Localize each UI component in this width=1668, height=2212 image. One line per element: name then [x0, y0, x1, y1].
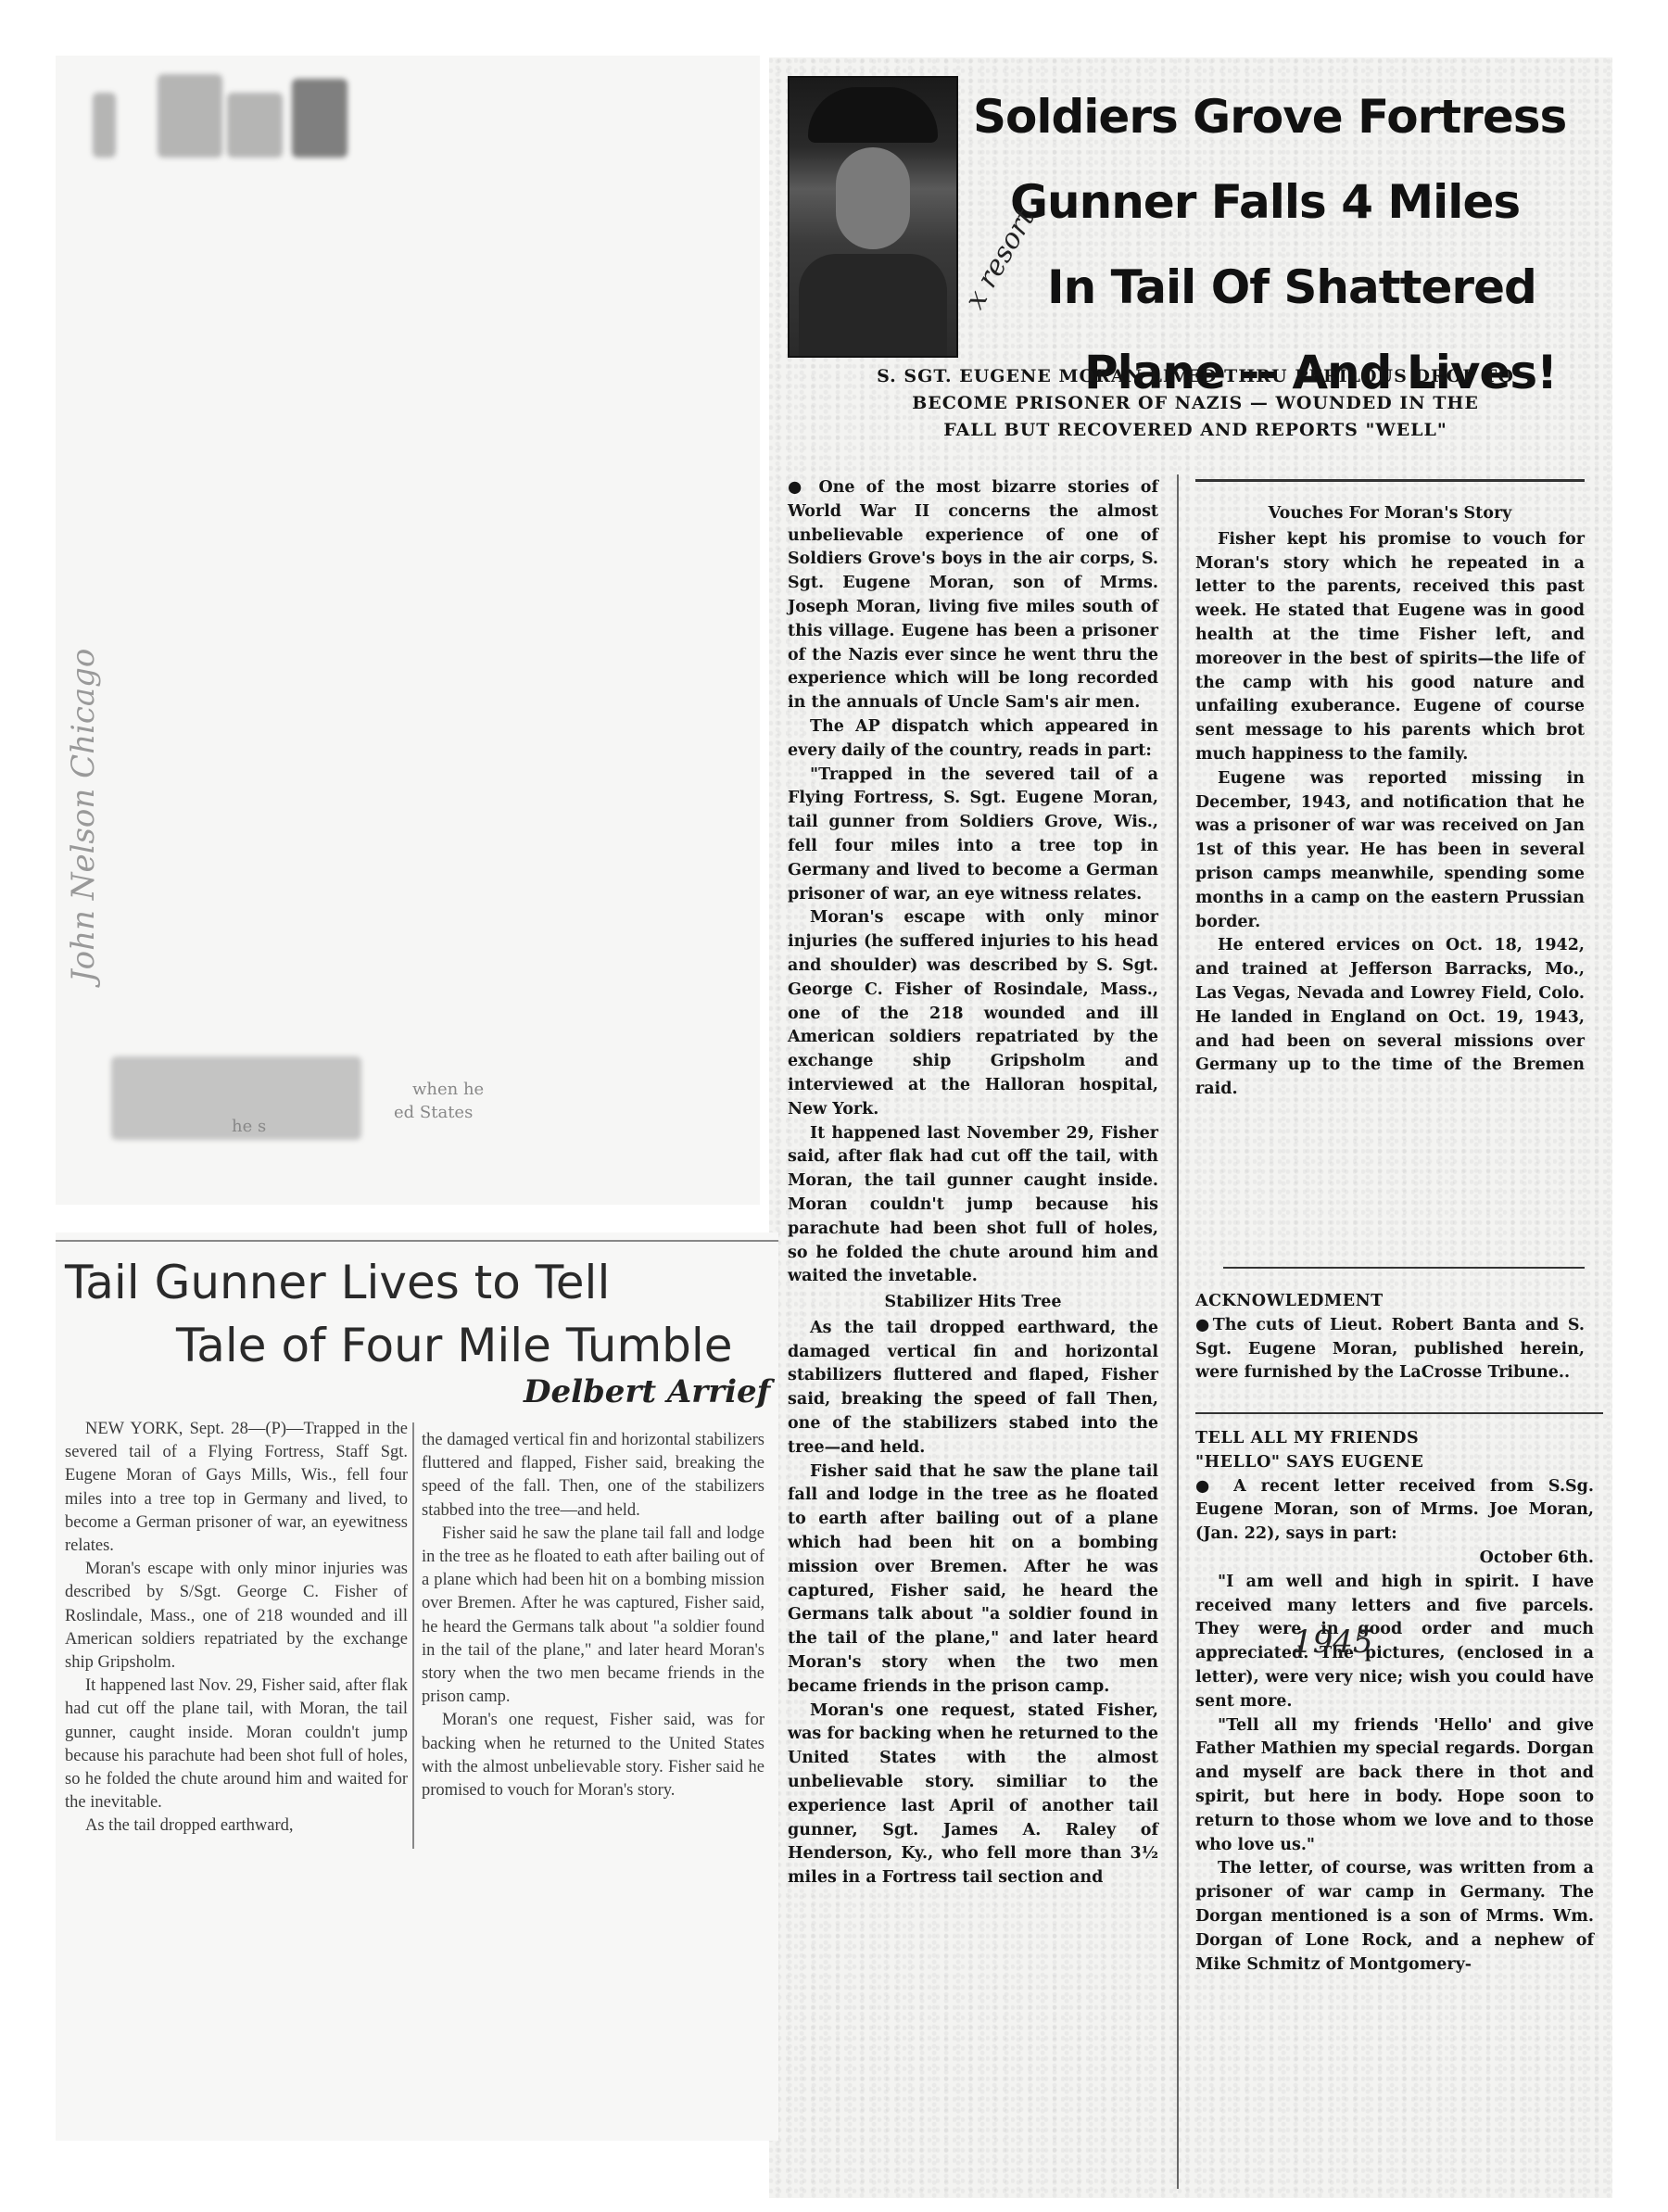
paragraph: It happened last Nov. 29, Fisher said, a…: [65, 1675, 408, 1814]
faded-text: when he: [412, 1080, 484, 1099]
letter-title-line: "HELLO" SAYS EUGENE: [1195, 1451, 1594, 1475]
face-shape: [836, 147, 910, 249]
paragraph: Moran's escape with only minor injuries …: [788, 906, 1158, 1121]
faded-smudge: [227, 93, 283, 158]
headline-line: Soldiers Grove Fortress: [973, 74, 1603, 159]
tail-gunner-column-right: the damaged vertical fin and horizontal …: [422, 1429, 764, 1802]
paragraph: Moran's one request, Fisher said, was fo…: [422, 1709, 764, 1802]
paragraph: ● One of the most bizarre stories of Wor…: [788, 476, 1158, 715]
paragraph: Fisher kept his promise to vouch for Mor…: [1195, 528, 1585, 767]
main-article-clipping: Soldiers Grove Fortress Gunner Falls 4 M…: [769, 57, 1612, 2198]
section-rule: [1223, 1267, 1585, 1269]
section-subheading: Vouches For Moran's Story: [1195, 502, 1585, 526]
faded-smudge: [158, 74, 222, 158]
paragraph: The letter, of course, was written from …: [1195, 1857, 1594, 1977]
paragraph: The AP dispatch which appeared in every …: [788, 715, 1158, 764]
paragraph: Eugene was reported missing in December,…: [1195, 767, 1585, 935]
section-rule: [56, 1240, 778, 1242]
paragraph: "Trapped in the severed tail of a Flying…: [788, 764, 1158, 907]
paragraph: Fisher said he saw the plane tail fall a…: [422, 1523, 764, 1710]
paragraph: Moran's one request, stated Fisher, was …: [788, 1700, 1158, 1890]
paragraph: the damaged vertical fin and horizontal …: [422, 1429, 764, 1523]
acknowledgment-text: ●The cuts of Lieut. Robert Banta and S. …: [1195, 1314, 1585, 1385]
paragraph: It happened last November 29, Fisher sai…: [788, 1122, 1158, 1290]
subhead-line: BECOME PRISONER OF NAZIS — WOUNDED IN TH…: [788, 390, 1603, 417]
paragraph: As the tail dropped earthward, the damag…: [788, 1317, 1158, 1460]
letter-date: October 6th.: [1195, 1547, 1594, 1571]
tail-gunner-clipping: Tail Gunner Lives to Tell Tale of Four M…: [56, 1232, 778, 2141]
tail-gunner-headline: Tail Gunner Lives to Tell Tale of Four M…: [65, 1251, 769, 1377]
paragraph: ● A recent letter received from S.Sg. Eu…: [1195, 1475, 1594, 1547]
section-subheading: Stabilizer Hits Tree: [788, 1291, 1158, 1315]
acknowledgment-title: ACKNOWLEDMENT: [1195, 1290, 1585, 1314]
column-divider: [1177, 474, 1179, 2189]
main-article-column-right: Vouches For Moran's Story Fisher kept hi…: [1195, 500, 1585, 1102]
faded-smudge: [292, 79, 347, 158]
faded-text: ed States: [394, 1103, 473, 1122]
paragraph: "Tell all my friends 'Hello' and give Fa…: [1195, 1714, 1594, 1858]
column-divider: [412, 1422, 414, 1849]
tail-gunner-column-left: NEW YORK, Sept. 28—(P)—Trapped in the se…: [65, 1418, 408, 1839]
paragraph: As the tail dropped earthward,: [65, 1814, 408, 1838]
headline-line: Tail Gunner Lives to Tell: [65, 1251, 769, 1314]
headline-line: Tale of Four Mile Tumble: [65, 1314, 769, 1377]
handwritten-name: Delbert Arrief: [524, 1373, 770, 1410]
section-rule: [1195, 1412, 1603, 1414]
paragraph: Moran's escape with only minor injuries …: [65, 1558, 408, 1675]
faded-clipping-fragment: when he ed States he s: [56, 56, 760, 1205]
handwritten-year: 1945: [1293, 1624, 1373, 1661]
paragraph: Fisher said that he saw the plane tail f…: [788, 1460, 1158, 1700]
letter-article: TELL ALL MY FRIENDS "HELLO" SAYS EUGENE …: [1195, 1427, 1594, 1977]
paragraph: NEW YORK, Sept. 28—(P)—Trapped in the se…: [65, 1418, 408, 1558]
subhead-line: S. SGT. EUGENE MORAN LIVED THRU PERILOUS…: [788, 363, 1603, 390]
acknowledgment-box: ACKNOWLEDMENT ●The cuts of Lieut. Robert…: [1195, 1290, 1585, 1385]
main-article-column-left: ● One of the most bizarre stories of Wor…: [788, 476, 1158, 1890]
vertical-handwritten-note: John Nelson Chicago: [65, 649, 102, 982]
paragraph: He entered ervices on Oct. 18, 1942, and…: [1195, 934, 1585, 1102]
uniform-shape: [799, 254, 947, 356]
section-rule: [1195, 479, 1585, 482]
soldier-portrait-photo: [788, 76, 958, 358]
cap-shape: [808, 87, 938, 143]
headline-line: Gunner Falls 4 Miles: [973, 159, 1603, 245]
letter-title-line: TELL ALL MY FRIENDS: [1195, 1427, 1594, 1451]
faded-text: he s: [232, 1117, 266, 1136]
faded-smudge: [93, 93, 116, 158]
subhead-line: FALL BUT RECOVERED AND REPORTS "WELL": [788, 417, 1603, 444]
paragraph: "I am well and high in spirit. I have re…: [1195, 1571, 1594, 1714]
main-subheadline: S. SGT. EUGENE MORAN LIVED THRU PERILOUS…: [788, 363, 1603, 444]
headline-line: In Tail Of Shattered: [973, 245, 1603, 330]
